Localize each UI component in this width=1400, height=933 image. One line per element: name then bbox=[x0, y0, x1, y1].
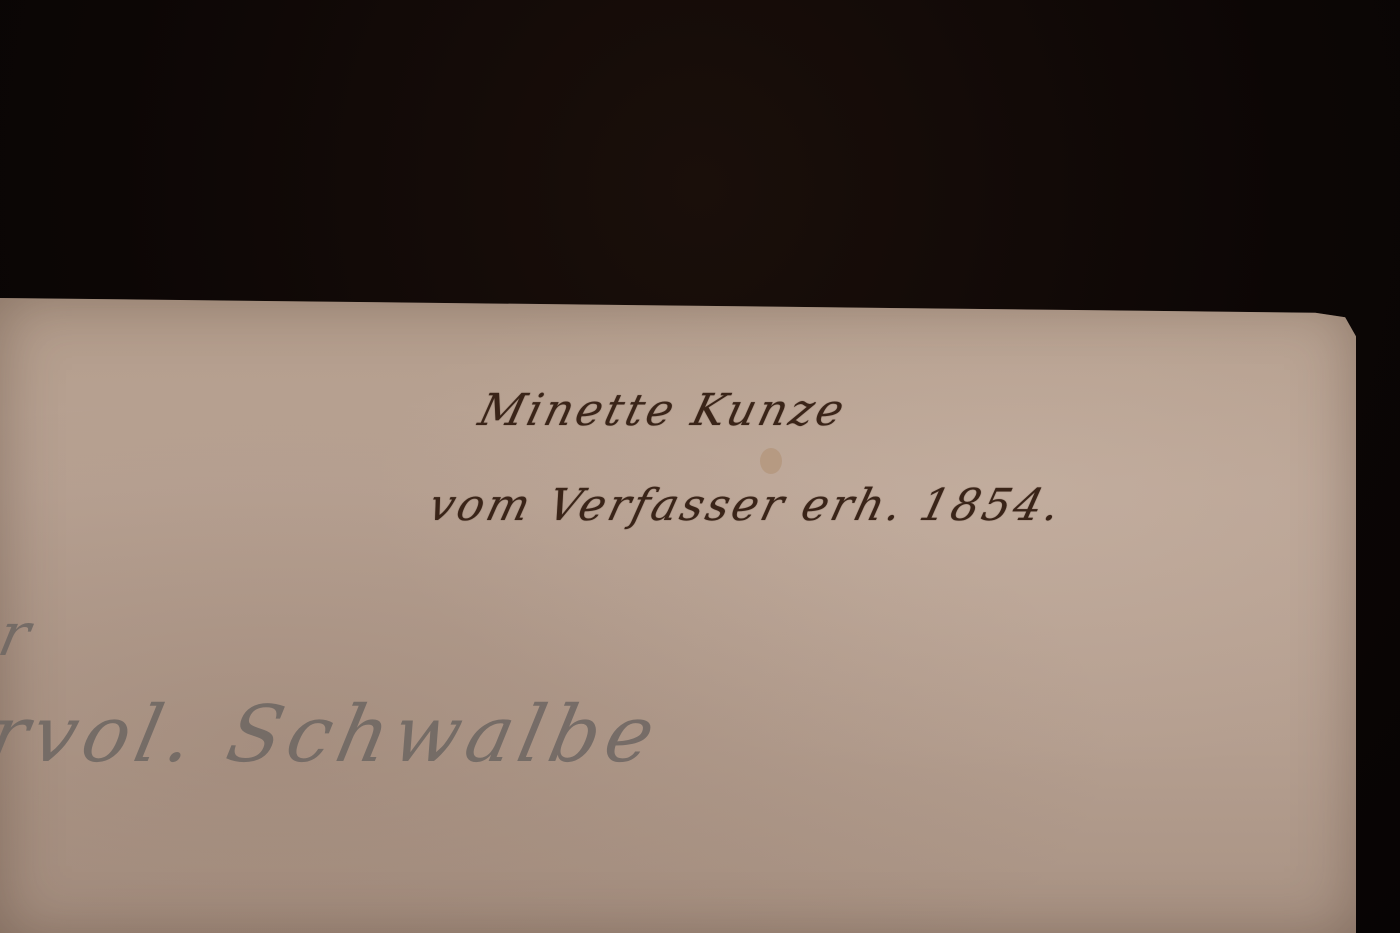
ink-inscription-name: Minette Kunze bbox=[474, 385, 852, 436]
foxing-stain bbox=[760, 448, 782, 474]
pencil-note: rvol. Schwalbe bbox=[0, 690, 668, 780]
ink-inscription-date: vom Verfasser erh. 1854. bbox=[424, 480, 1069, 531]
